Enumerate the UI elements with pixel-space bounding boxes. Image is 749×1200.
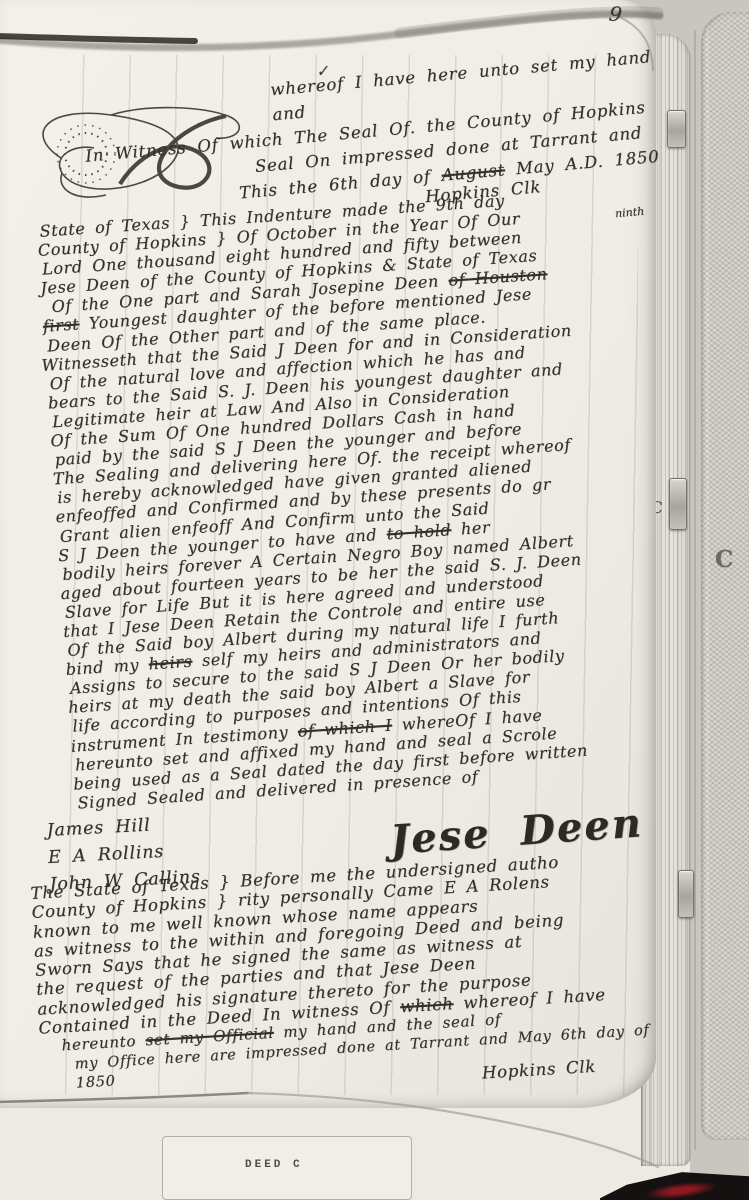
adjacent-book-cover: C [701, 12, 749, 1140]
deed-stamp-label: DEED C [245, 1159, 303, 1171]
deed-body-block: State of Texas } This Indenture made the… [36, 180, 709, 813]
book-cover-letter: C [715, 546, 733, 573]
acknowledgment-block: The State of Texas } Before me the under… [30, 847, 667, 1109]
page-number: 9 [608, 1, 624, 26]
binder-clip [669, 478, 687, 530]
photo-scene: DEED C C C whereof I have here unto set … [0, 0, 749, 1200]
check-mark: ✓ [315, 61, 330, 81]
interlined-word: ninth [614, 205, 644, 220]
binder-clip [678, 870, 694, 918]
binder-clip [667, 110, 686, 148]
deed-stamp-box: DEED C [162, 1136, 412, 1200]
